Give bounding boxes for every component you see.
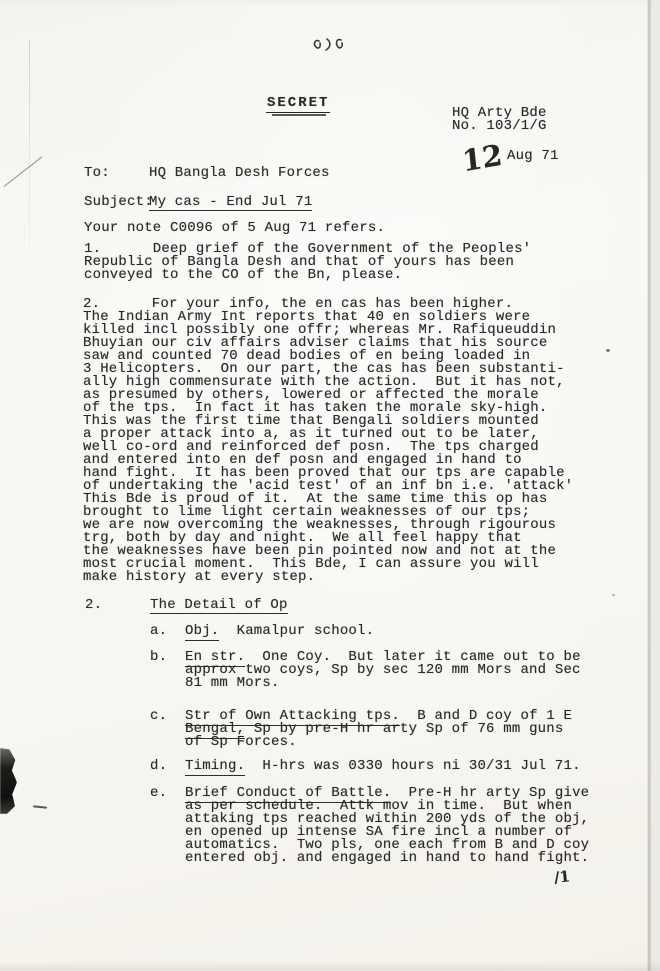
subject-label: Subject: <box>84 196 153 209</box>
detail-items-list: a.Obj. Kamalpur school.b.En str. One Coy… <box>150 625 589 865</box>
item-text: En str. One Coy. But later it came out t… <box>185 651 581 690</box>
item-letter: b. <box>150 651 185 690</box>
detail-item: e.Brief Conduct of Battle. Pre-H hr arty… <box>150 787 589 865</box>
paper-speck <box>612 594 615 596</box>
to-value: HQ Bangla Desh Forces <box>149 167 330 180</box>
paper-speck <box>606 349 610 352</box>
typed-date: Aug 71 <box>507 150 559 163</box>
item-letter: e. <box>150 787 185 865</box>
section-heading: The Detail of Op <box>150 599 288 614</box>
detail-item: d.Timing. H-hrs was 0330 hours ni 30/31 … <box>150 760 589 773</box>
paper-top-edge <box>0 0 660 6</box>
classification-stamp: SECRET <box>266 97 330 113</box>
paper-right-edge <box>647 0 660 971</box>
paragraph-2: 2. For your info, the en cas has been hi… <box>83 298 573 584</box>
handwritten-date-day: 12 <box>461 138 504 179</box>
detail-item: b.En str. One Coy. But later it came out… <box>150 651 589 690</box>
item-text: Brief Conduct of Battle. Pre-H hr arty S… <box>185 787 589 865</box>
item-text: Timing. H-hrs was 0330 hours ni 30/31 Ju… <box>185 760 581 773</box>
section-number: 2. <box>85 599 102 612</box>
page-continuation-mark: /1 <box>553 867 571 887</box>
detail-item: a.Obj. Kamalpur school. <box>150 625 589 638</box>
document-page: SECRET HQ Arty BdeNo. 103/1/G 12 Aug 71 … <box>0 0 660 971</box>
subject-value: My cas - End Jul 71 <box>149 196 312 211</box>
handwritten-mark-icon <box>311 35 345 55</box>
detail-item: c.Str of Own Attacking tps. B and D coy … <box>150 710 589 749</box>
paragraph-1: 1. Deep grief of the Government of the P… <box>84 243 531 282</box>
paper-crease <box>29 40 30 280</box>
item-text: Str of Own Attacking tps. B and D coy of… <box>185 710 572 749</box>
to-label: To: <box>84 167 110 180</box>
item-letter: a. <box>150 625 185 638</box>
binding-smudge <box>0 748 17 814</box>
reference-line: Your note C0096 of 5 Aug 71 refers. <box>84 222 385 235</box>
item-letter: c. <box>150 710 185 749</box>
scan-hairline <box>4 157 42 187</box>
unit-reference-block: HQ Arty BdeNo. 103/1/G <box>452 107 547 133</box>
item-text: Obj. Kamalpur school. <box>185 625 374 638</box>
item-letter: d. <box>150 760 185 773</box>
ink-tick-mark <box>33 805 47 808</box>
paper-bottom-edge <box>0 961 660 971</box>
